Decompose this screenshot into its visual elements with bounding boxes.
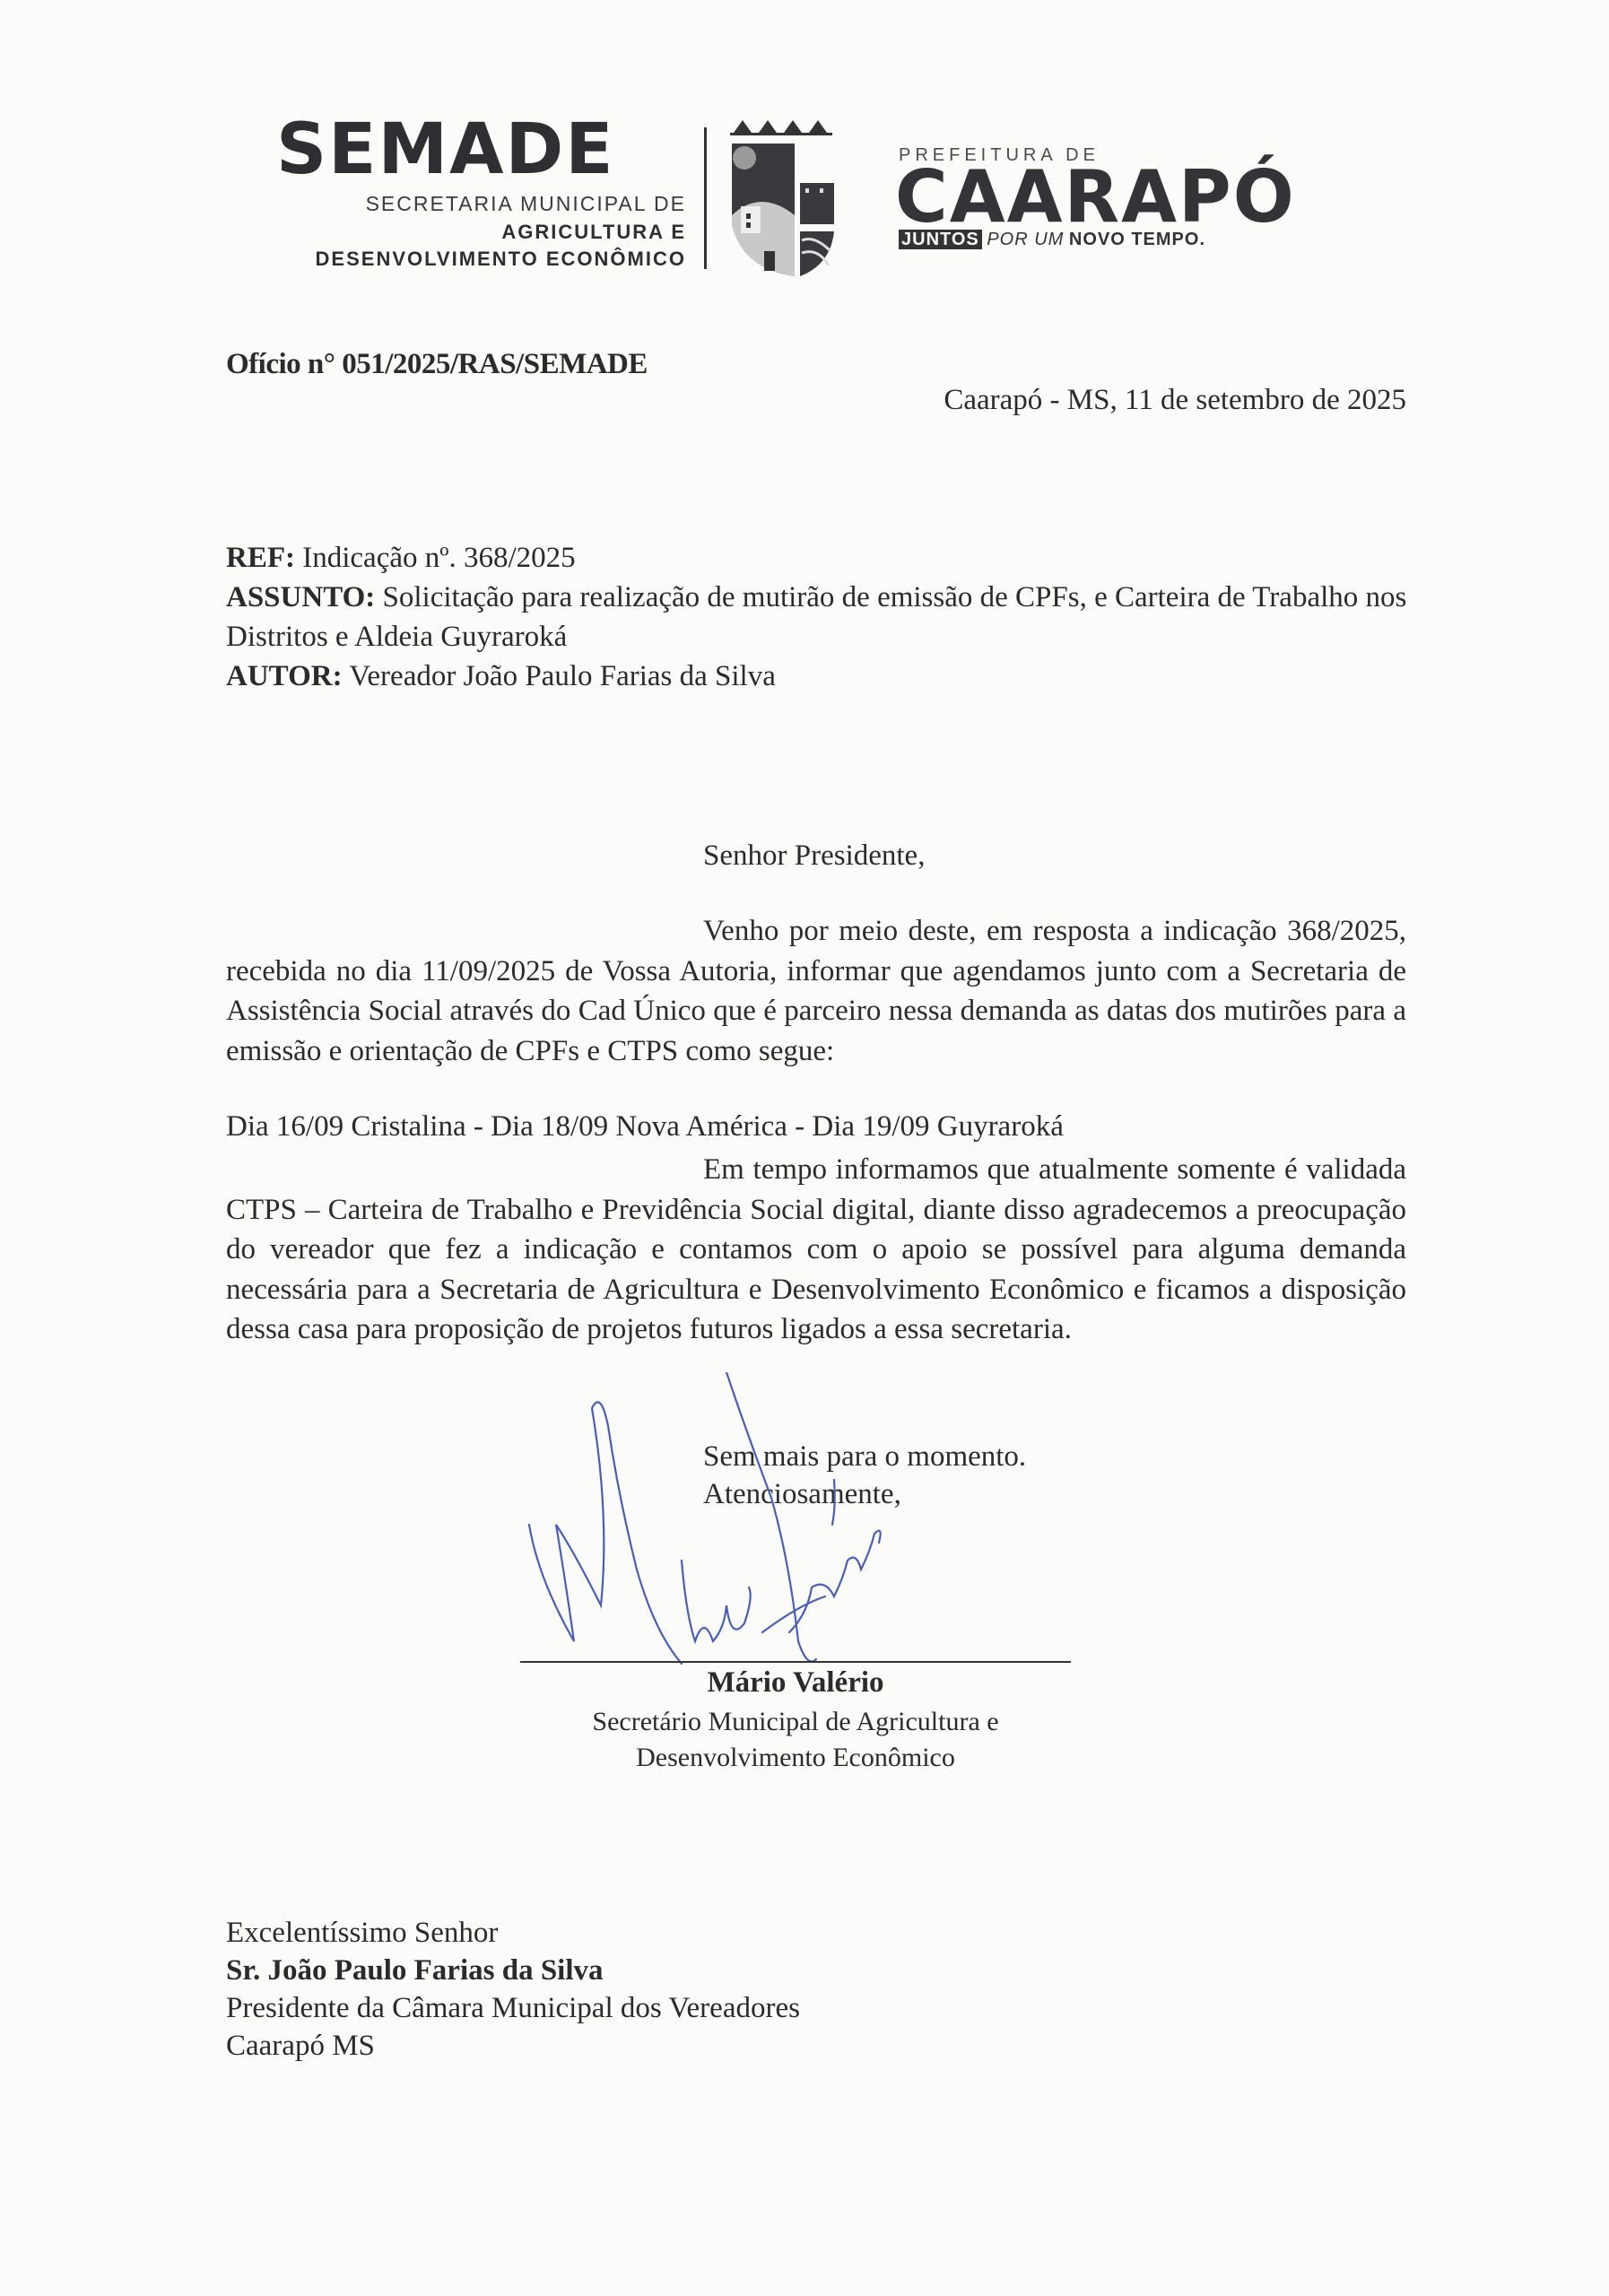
signature-line [520,1661,1071,1663]
slogan-italic: POR UM [987,230,1064,249]
autor-label: AUTOR: [226,660,343,692]
municipal-crest-icon [725,117,841,278]
place-date: Caarapó - MS, 11 de setembro de 2025 [883,384,1406,417]
addressee-line-3: Presidente da Câmara Municipal dos Verea… [226,1989,800,2027]
addressee-block: Excelentíssimo Senhor Sr. João Paulo Far… [226,1914,800,2065]
addressee-line-4: Caarapó MS [226,2027,800,2065]
salutation: Senhor Presidente, [703,839,925,873]
signer-role-line-1: Secretário Municipal de Agricultura e [520,1704,1071,1740]
prefeitura-slogan: JUNTOS POR UM NOVO TEMPO. [899,230,1205,250]
addressee-name-text: Sr. João Paulo Farias da Silva [226,1954,604,1987]
slogan-highlight: JUNTOS [899,230,982,249]
document-meta: REF: Indicação nº. 368/2025 ASSUNTO: Sol… [226,538,1410,696]
logo-divider [704,127,707,269]
signer-role: Secretário Municipal de Agricultura e De… [520,1704,1071,1776]
ref-value: Indicação nº. 368/2025 [302,542,575,574]
semade-logo-line1: SECRETARIA MUNICIPAL DE [309,192,686,216]
autor-line: AUTOR: Vereador João Paulo Farias da Sil… [226,657,1410,696]
semade-logo-line3: DESENVOLVIMENTO ECONÔMICO [215,248,686,271]
semade-logo-line2: AGRICULTURA E [309,221,686,244]
assunto-value: Solicitação para realização de mutirão d… [226,581,1406,653]
autor-value: Vereador João Paulo Farias da Silva [349,660,776,692]
ref-label: REF: [226,542,295,574]
semade-logo-title: SEMADE [276,115,614,185]
ref-line: REF: Indicação nº. 368/2025 [226,538,1410,578]
signer-role-line-2: Desenvolvimento Econômico [520,1740,1071,1776]
prefeitura-city-name: CAARAPÓ [895,160,1296,235]
addressee-line-1: Excelentíssimo Senhor [226,1914,800,1952]
assunto-label: ASSUNTO: [226,581,375,613]
slogan-bold: NOVO TEMPO. [1069,230,1205,249]
handwritten-signature-icon [502,1372,1005,1695]
signer-name: Mário Valério [520,1666,1071,1700]
body-paragraph-1: Venho por meio deste, em resposta a indi… [226,911,1406,1071]
oficio-number: Ofício n° 051/2025/RAS/SEMADE [226,348,648,381]
dates-line: Dia 16/09 Cristalina - Dia 18/09 Nova Am… [226,1110,1064,1144]
addressee-name: Sr. João Paulo Farias da Silva [226,1952,800,1989]
body-paragraph-2: Em tempo informamos que atualmente somen… [226,1150,1406,1350]
assunto-line: ASSUNTO: Solicitação para realização de … [226,578,1410,657]
